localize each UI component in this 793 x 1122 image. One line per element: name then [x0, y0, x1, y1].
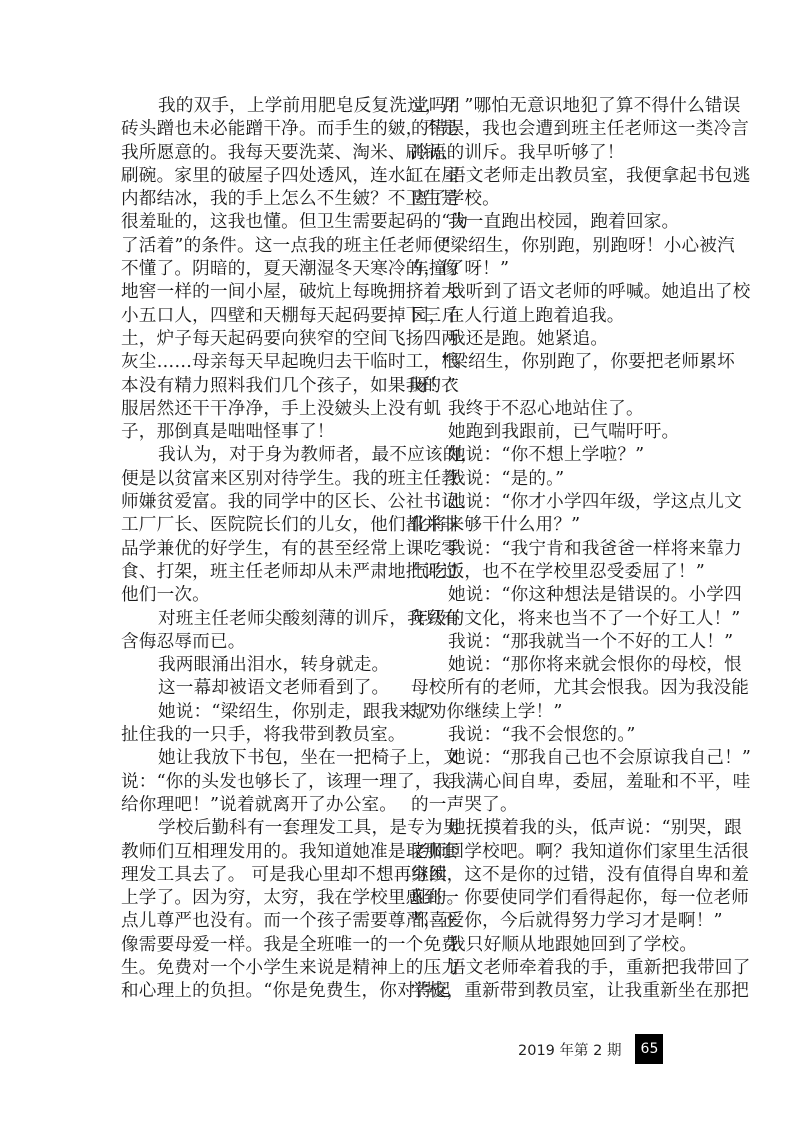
text-line: 扯住我的一只手，将我带到教员室。 [121, 724, 385, 747]
text-line: 我说：“那我就当一个不好的工人！” [411, 631, 675, 654]
text-line: 学校后勤科有一套理发工具，是专为男 [121, 817, 385, 840]
text-line: 教师们互相理发用的。我知道她准是取那套 [121, 841, 385, 864]
text-line: 不懂了。阴暗的，夏天潮湿冬天寒冷的，像 [121, 258, 385, 281]
text-line: 她抚摸着我的头，低声说：“别哭，跟 [411, 817, 675, 840]
text-line: 年级的文化，将来也当不了一个好工人！” [411, 608, 675, 631]
text-line: 语文老师走出教员室，我便拿起书包逃 [411, 165, 675, 188]
text-line: 刷碗。家里的破屋子四处透风，连水缸在屋 [121, 165, 385, 188]
text-line: 呀！” [411, 375, 675, 398]
text-line: 我终于不忍心地站住了。 [411, 398, 675, 421]
text-line: 了活着”的条件。这一点我的班主任老师便 [121, 235, 385, 258]
text-line: 和心理上的负担。“你是免费生，你对得起 [121, 980, 385, 1003]
article-column-right: 党吗？”哪怕无意识地犯了算不得什么错误的错误，我也会遭到班主任老师这一类冷言冷语… [411, 95, 675, 1004]
text-line: 气吃饭，也不在学校里忍受委屈了！” [411, 561, 675, 584]
text-line: 车撞了呀！” [411, 258, 675, 281]
text-line: “梁绍生，你别跑了，你要把老师累坏 [411, 351, 675, 374]
text-line: 语文老师牵着我的手，重新把我带回了 [411, 957, 675, 980]
text-line: 对班主任老师尖酸刻薄的训斥，我只有 [121, 608, 385, 631]
text-line: 我两眼涌出泪水，转身就走。 [121, 654, 385, 677]
text-line: 土，炉子每天起码要向狭窄的空间飞扬四两 [121, 328, 385, 351]
text-line: 服居然还干干净净，手上没皴头上没有虮 [121, 398, 385, 421]
text-line: 工厂厂长、医院院长们的儿女，他们都并非 [121, 514, 385, 537]
text-line: 她说：“梁绍生，你别走，跟我来。” [121, 701, 385, 724]
text-line: 我一直跑出校园，跑着回家。 [411, 211, 675, 234]
text-line: 生。免费对一个小学生来说是精神上的压力 [121, 957, 385, 980]
text-line: 地窖一样的一间小屋，破炕上每晚拥挤着大 [121, 281, 385, 304]
text-line: 穷困，这不是你的过错，没有值得自卑和羞 [411, 864, 675, 887]
text-line: 点儿尊严也没有。而一个孩子需要尊严，正 [121, 910, 385, 933]
text-line: 的一声哭了。 [411, 794, 675, 817]
text-line: 品学兼优的好学生，有的甚至经常上课吃零 [121, 538, 385, 561]
text-line: 学校，重新带到教员室，让我重新坐在那把 [411, 980, 675, 1003]
text-line: 老师回学校吧。啊？我知道你们家里生活很 [411, 841, 675, 864]
text-line: 她说：“那你将来就会恨你的母校，恨 [411, 654, 675, 677]
text-line: 本没有精力照料我们几个孩子，如果我的衣 [121, 375, 385, 398]
text-line: 上学了。因为穷，太穷，我在学校里感到一 [121, 887, 385, 910]
text-line: 我说：“我不会恨您的。” [411, 724, 675, 747]
text-line: 我说：“是的。” [411, 468, 675, 491]
text-line: 我所愿意的。我每天要洗菜、淘米、刷锅、 [121, 142, 385, 165]
text-line: 内都结冰，我的手上怎么不生皴？不卫生是 [121, 188, 385, 211]
text-line: 我听到了语文老师的呼喊。她追出了校 [411, 281, 675, 304]
text-line: 子，那倒真是咄咄怪事了！ [121, 421, 385, 444]
text-line: 我说：“我宁肯和我爸爸一样将来靠力 [411, 538, 675, 561]
text-line: 师嫌贫爱富。我的同学中的区长、公社书记、 [121, 491, 385, 514]
text-line: 我只好顺从地跟她回到了学校。 [411, 934, 675, 957]
text-line: 园，在人行道上跑着追我。 [411, 305, 675, 328]
text-line: 耻的。你要使同学们看得起你，每一位老师 [411, 887, 675, 910]
text-line: 冷语的训斥。我早听够了！ [411, 142, 675, 165]
text-line: 我还是跑。她紧追。 [411, 328, 675, 351]
text-line: 小五口人，四壁和天棚每天起码要掉下三斤 [121, 305, 385, 328]
text-line: 的错误，我也会遭到班主任老师这一类冷言 [411, 118, 675, 141]
text-line: 很羞耻的，这我也懂。但卫生需要起码的“为 [121, 211, 385, 234]
text-line: 离了学校。 [411, 188, 675, 211]
text-line: 像需要母爱一样。我是全班唯一的一个免费 [121, 934, 385, 957]
text-line: 说：“你的头发也够长了，该理一理了，我 [121, 771, 385, 794]
text-line: 他们一次。 [121, 584, 385, 607]
text-line: 食、打架，班主任老师却从未严肃地批评过 [121, 561, 385, 584]
text-line: 化将来够干什么用？” [411, 514, 675, 537]
text-line: 党吗？”哪怕无意识地犯了算不得什么错误 [411, 95, 675, 118]
text-line: 她说：“你才小学四年级，学这点儿文 [411, 491, 675, 514]
text-line: 灰尘……母亲每天早起晚归去干临时工，根 [121, 351, 385, 374]
text-line: 给你理吧！”说着就离开了办公室。 [121, 794, 385, 817]
text-line: 都喜爱你，今后就得努力学习才是啊！” [411, 910, 675, 933]
text-line: 她让我放下书包，坐在一把椅子上，又 [121, 747, 385, 770]
issue-label: 2019 年第 2 期 [518, 1039, 621, 1060]
text-line: 理发工具去了。 可是我心里却不想再继续 [121, 864, 385, 887]
text-line: 这一幕却被语文老师看到了。 [121, 677, 385, 700]
text-line: 我满心间自卑，委屈，羞耻和不平，哇 [411, 771, 675, 794]
text-line: 她跑到我跟前，已气喘吁吁。 [411, 421, 675, 444]
page-footer: 2019 年第 2 期 65 [518, 1034, 663, 1064]
text-line: 砖头蹭也未必能蹭干净。而手生的皴，不是 [121, 118, 385, 141]
text-line: 母校所有的老师，尤其会恨我。因为我没能 [411, 677, 675, 700]
text-line: 含侮忍辱而已。 [121, 631, 385, 654]
text-line: 我的双手，上学前用肥皂反复洗过，用 [121, 95, 385, 118]
text-line: 她说：“你不想上学啦？” [411, 444, 675, 467]
text-line: 规劝你继续上学！” [411, 701, 675, 724]
article-column-left: 我的双手，上学前用肥皂反复洗过，用砖头蹭也未必能蹭干净。而手生的皴，不是我所愿意… [121, 95, 385, 1004]
text-line: 她说：“你这种想法是错误的。小学四 [411, 584, 675, 607]
text-line: 她说：“那我自己也不会原谅我自己！” [411, 747, 675, 770]
page-number: 65 [635, 1034, 663, 1064]
text-line: “梁绍生，你别跑，别跑呀！小心被汽 [411, 235, 675, 258]
text-line: 便是以贫富来区别对待学生。我的班主任教 [121, 468, 385, 491]
text-line: 我认为，对于身为教师者，最不应该的， [121, 444, 385, 467]
